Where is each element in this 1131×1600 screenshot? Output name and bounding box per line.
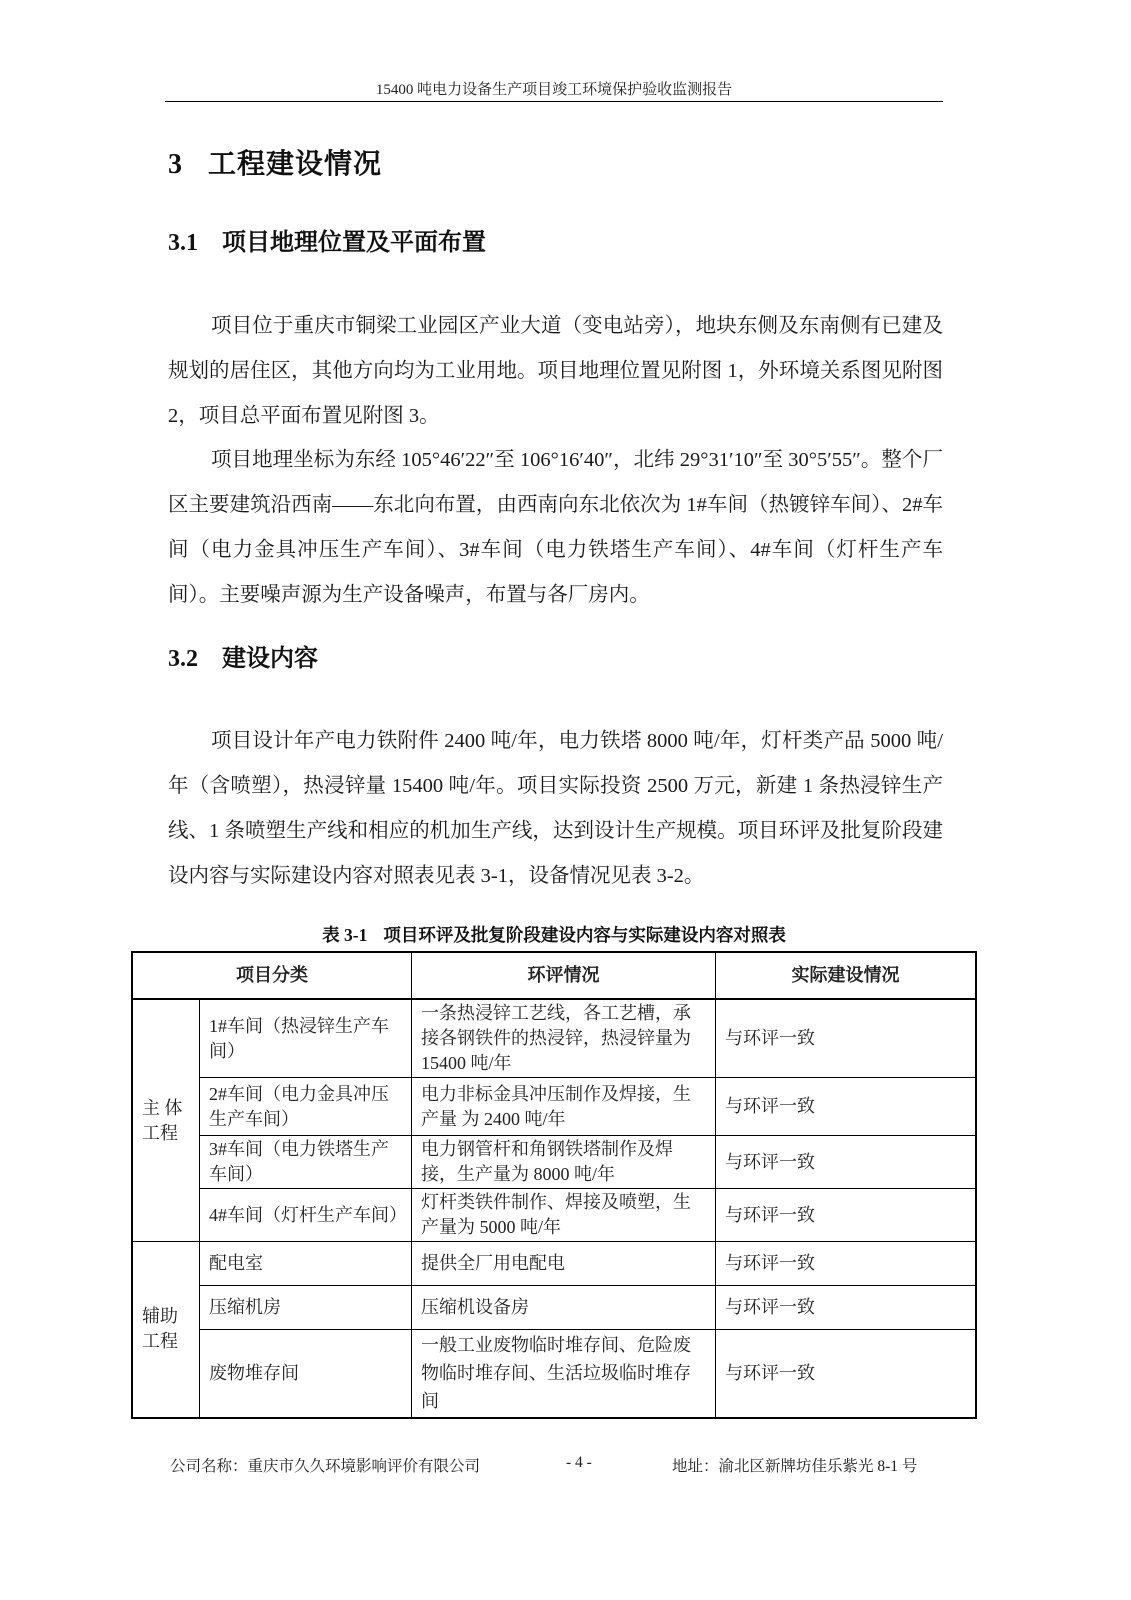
actual-cell: 与环评一致: [716, 1189, 977, 1242]
table-caption-title: 项目环评及批复阶段建设内容与实际建设内容对照表: [383, 926, 786, 946]
eia-cell: 压缩机设备房: [412, 1286, 716, 1330]
section-heading: 3工程建设情况: [168, 142, 382, 182]
table-row: 废物堆存间 一般工业废物临时堆存间、危险废物临时堆存间、生活垃圾临时堆存间 与环…: [132, 1330, 976, 1418]
header-rule: [165, 101, 943, 102]
subsection-heading-3-1: 3.1项目地理位置及平面布置: [168, 222, 486, 257]
subsection-heading-3-2: 3.2建设内容: [168, 638, 318, 673]
table-row: 压缩机房 压缩机设备房 与环评一致: [132, 1286, 976, 1330]
table-caption: 表 3-1项目环评及批复阶段建设内容与实际建设内容对照表: [130, 922, 978, 947]
actual-cell: 与环评一致: [716, 1242, 977, 1286]
header-category: 项目分类: [132, 952, 412, 999]
actual-cell: 与环评一致: [716, 1330, 977, 1418]
table-row: 4#车间（灯杆生产车间） 灯杆类铁件制作、焊接及喷塑，生产量为 5000 吨/年…: [132, 1189, 976, 1242]
footer-company: 公司名称：重庆市久久环境影响评价有限公司: [170, 1454, 480, 1476]
item-cell: 压缩机房: [200, 1286, 412, 1330]
section-number: 3: [168, 149, 208, 181]
item-cell: 2#车间（电力金具冲压生产车间）: [200, 1078, 412, 1136]
header-actual: 实际建设情况: [716, 952, 977, 999]
subsection-title: 项目地理位置及平面布置: [222, 228, 486, 256]
footer-page-number: - 4 -: [566, 1454, 592, 1472]
actual-cell: 与环评一致: [716, 1136, 977, 1189]
group-auxiliary-works: 辅助工程: [132, 1242, 200, 1418]
paragraph-coordinates: 项目地理坐标为东经 105°46′22″至 106°16′40″，北纬 29°3…: [168, 438, 943, 618]
table-header-row: 项目分类 环评情况 实际建设情况: [132, 952, 976, 999]
table-row: 2#车间（电力金具冲压生产车间） 电力非标金具冲压制作及焊接，生产量 为 240…: [132, 1078, 976, 1136]
running-header: 15400 吨电力设备生产项目竣工环境保护验收监测报告: [165, 78, 943, 99]
eia-cell: 电力钢管杆和角钢铁塔制作及焊接，生产量为 8000 吨/年: [412, 1136, 716, 1189]
actual-cell: 与环评一致: [716, 1286, 977, 1330]
table-row: 主 体 工程 1#车间（热浸锌生产车间） 一条热浸锌工艺线，各工艺槽，承接各钢铁…: [132, 999, 976, 1078]
table-row: 辅助工程 配电室 提供全厂用电配电 与环评一致: [132, 1242, 976, 1286]
eia-cell: 提供全厂用电配电: [412, 1242, 716, 1286]
item-cell: 1#车间（热浸锌生产车间）: [200, 999, 412, 1078]
section-title: 工程建设情况: [208, 147, 382, 180]
subsection-number: 3.2: [168, 646, 222, 673]
eia-cell: 灯杆类铁件制作、焊接及喷塑，生产量为 5000 吨/年: [412, 1189, 716, 1242]
subsection-number: 3.1: [168, 230, 222, 257]
eia-cell: 一般工业废物临时堆存间、危险废物临时堆存间、生活垃圾临时堆存间: [412, 1330, 716, 1418]
actual-cell: 与环评一致: [716, 999, 977, 1078]
item-cell: 4#车间（灯杆生产车间）: [200, 1189, 412, 1242]
table-caption-number: 表 3-1: [322, 925, 367, 945]
actual-cell: 与环评一致: [716, 1078, 977, 1136]
item-cell: 3#车间（电力铁塔生产车间）: [200, 1136, 412, 1189]
eia-cell: 一条热浸锌工艺线，各工艺槽，承接各钢铁件的热浸锌，热浸锌量为 15400 吨/年: [412, 999, 716, 1078]
paragraph-construction: 项目设计年产电力铁附件 2400 吨/年，电力铁塔 8000 吨/年，灯杆类产品…: [168, 719, 943, 899]
comparison-table: 项目分类 环评情况 实际建设情况 主 体 工程 1#车间（热浸锌生产车间） 一条…: [131, 951, 977, 1419]
table-row: 3#车间（电力铁塔生产车间） 电力钢管杆和角钢铁塔制作及焊接，生产量为 8000…: [132, 1136, 976, 1189]
item-cell: 配电室: [200, 1242, 412, 1286]
paragraph-location: 项目位于重庆市铜梁工业园区产业大道（变电站旁），地块东侧及东南侧有已建及规划的居…: [168, 304, 943, 439]
group-main-works: 主 体 工程: [132, 999, 200, 1242]
header-eia: 环评情况: [412, 952, 716, 999]
footer-address: 地址：渝北区新牌坊佳乐紫光 8-1 号: [672, 1454, 917, 1476]
subsection-title: 建设内容: [222, 644, 318, 672]
item-cell: 废物堆存间: [200, 1330, 412, 1418]
eia-cell: 电力非标金具冲压制作及焊接，生产量 为 2400 吨/年: [412, 1078, 716, 1136]
